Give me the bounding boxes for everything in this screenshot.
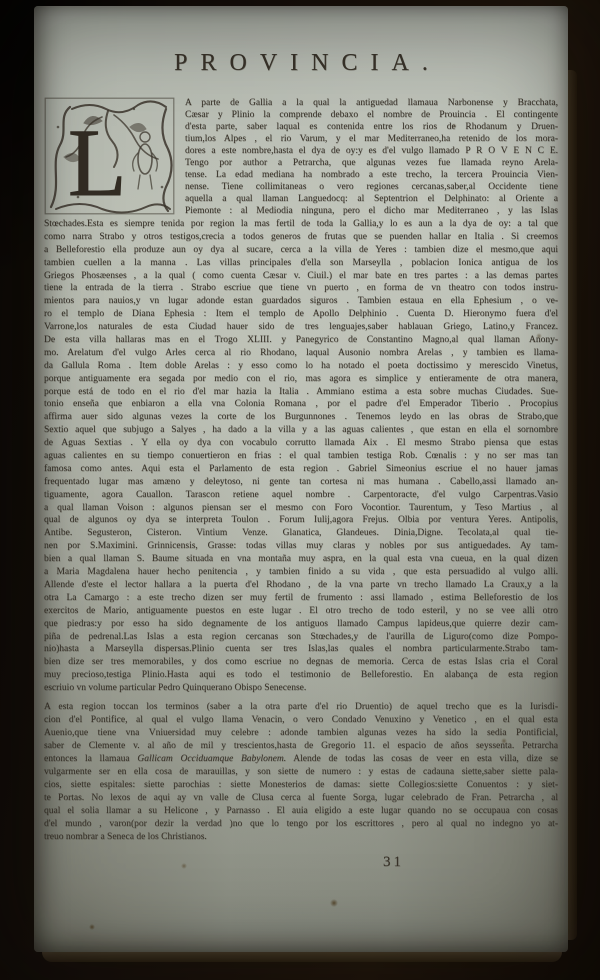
text-line: nen por S.Maximini. Grinnicensis, Grasse… (44, 540, 558, 553)
text-line: famosa como antes. Aqui esta el Parlamen… (44, 463, 558, 476)
opening-paragraph: A parte de Gallia a la qual la antigueda… (185, 97, 558, 217)
text-line: Antibe. Segusteron, Cisteron. Vintium Ve… (44, 527, 558, 540)
text-line: Cæsar y Plinio la comprende debaxo el no… (185, 109, 558, 121)
text-line: bien dize ser tres memorabiles, y dos co… (44, 656, 558, 669)
text-line: cios, siette espitales: siette parochias… (44, 779, 558, 792)
text-line: Stœchades.Esta es siempre tenida por reg… (44, 218, 558, 231)
text-line: Tengo por author a Petrarcha, que alguna… (185, 157, 558, 169)
text-line: exercitos de Mario, antiguamente puestos… (44, 605, 558, 618)
text-line: A parte de Gallia a la qual la antigueda… (185, 97, 558, 109)
text-line: a qual llaman Voison : algunos piensan s… (44, 502, 558, 515)
text-line: bien a qual llaman S. Baume situada en v… (44, 553, 558, 566)
text-line: treuo nombrar a Seneca de los Christiano… (44, 831, 558, 844)
text-line: cion d'el Pontifice, al qual el vulgo ll… (44, 714, 558, 727)
text-line: nense. Tiene collimitaneas o vero region… (185, 181, 558, 193)
text-line: a Belleforestio ella produze aun oy dya … (44, 244, 558, 257)
text-line: dores a este nombre,hasta el dya de oy:y… (185, 145, 558, 157)
text-line: te Portas. No lexos de aqui ay vn valle … (44, 792, 558, 805)
drop-cap-letter: L (68, 109, 127, 215)
text-line: aguas calientes en su tiempo conuertiero… (44, 450, 558, 463)
text-line: mientos para nauios,y vn lugar adonde es… (44, 295, 558, 308)
book-page: PROVINCIA. L (34, 6, 568, 952)
text-line: tonio enseña que enbiaron a ella vna Col… (44, 398, 558, 411)
text-line: de Aguas Sextias . Y ella oy dya con voc… (44, 437, 558, 450)
text-line: piña de pedrenal.Las Islas a esta region… (44, 631, 558, 644)
text-line: mo. Arelatum d'el vulgo Arles cerca al r… (44, 347, 558, 360)
latin-italic-phrase: Gallicam Occiduamque Babylonem. (137, 754, 286, 764)
text-line: vulgarmente ser en ella cosa de marauill… (44, 766, 558, 779)
page-number: 31 (383, 854, 404, 871)
text-line: tium,los Alpes , el rio Varum, y el mar … (185, 133, 558, 145)
text-line: como narra Strabo y otros testigos,creci… (44, 231, 558, 244)
text-line: frequentado lugar mas amæno y deleytoso,… (44, 476, 558, 489)
text-line: da Gallula Roma . Item doble Arelas : y … (44, 360, 558, 373)
text-line: Griegos Phosæenses , a la qual ( como cu… (44, 270, 558, 283)
text-line: tambien cuellen a la manna . Las villas … (44, 257, 558, 270)
text-line: a Maria Magdalena hauer hecho penitencia… (44, 566, 558, 579)
text-line: d'el mundo , varon(por dezir la verdad )… (44, 818, 558, 831)
second-paragraph: A esta region toccan los terminos (saber… (44, 701, 558, 844)
text-line: affirma auer sido algunas vezes la corte… (44, 411, 558, 424)
page-title: PROVINCIA. (34, 50, 568, 77)
text-line: saber de Clemente v. al año de mil y tre… (44, 740, 558, 753)
text-line: De esta villa hallaras mas en el Trogo X… (44, 334, 558, 347)
text-line: Varrone,los naturales de esta Ciudad hau… (44, 321, 558, 334)
text-segment: entonces la llamaua (44, 754, 137, 764)
text-line: d'esta parte, saber laqual es contenida … (185, 121, 558, 133)
text-line: Sextio aquel que subjugo a Salyes , ha d… (44, 424, 558, 437)
text-line: que piedras:y por esso ha sido degnament… (44, 618, 558, 631)
text-line: nio)hasta a Marseylla dispersas.Plinio c… (44, 643, 558, 656)
text-line: tiguamente, agora Cauallon. Tarascon ret… (44, 489, 558, 502)
text-line: tense. La edad mediana ha nombrado a est… (185, 169, 558, 181)
text-line: porque antiguamente era segada por medio… (44, 373, 558, 386)
text-line: ro el templo de Diana Ephesia : Item el … (44, 308, 558, 321)
text-line: Piemonte : al Mediodia ninguna, pero el … (185, 205, 558, 217)
text-line: muy precioso,testiga Plinio.Hasta aqui e… (44, 669, 558, 682)
text-segment: Alende de todas las cosas de veer en est… (286, 754, 558, 764)
text-line: qual de algunos oy dya se interpreta Tou… (44, 514, 558, 527)
text-line: porque está de todo en el rio d'el mar h… (44, 386, 558, 399)
text-line: Allende d'este el lector hallara a la pu… (44, 579, 558, 592)
text-line: qual el solia llamar a su Helicone , y P… (44, 805, 558, 818)
main-text-block: Stœchades.Esta es siempre tenida por reg… (44, 218, 558, 844)
text-line: Auenio,que tiene vna Vniuersidad muy cel… (44, 727, 558, 740)
text-line: escriuio vn volume particular Pedro Quin… (44, 682, 558, 695)
text-line: entonces la llamaua Gallicam Occiduamque… (44, 753, 558, 766)
text-line: otra La Camargo : a este trecho dizen se… (44, 592, 558, 605)
text-line: aquella a qual llaman Languedocq: al Sep… (185, 193, 558, 205)
text-line: A esta region toccan los terminos (saber… (44, 701, 558, 714)
book-photo: PROVINCIA. L (0, 0, 600, 980)
drop-cap-woodcut: L (44, 97, 175, 215)
text-line: tiene la entrada de la tierra . Strabo e… (44, 282, 558, 295)
